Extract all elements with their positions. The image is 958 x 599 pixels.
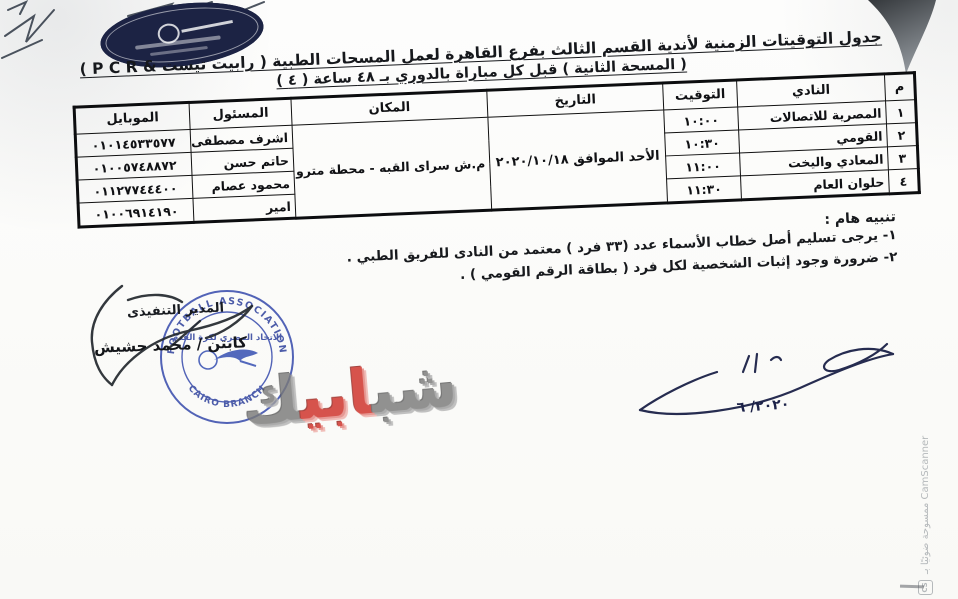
row-time: ١٠:٣٠: [665, 130, 740, 156]
row-time: ١١:٣٠: [667, 176, 742, 203]
date-merged-cell: الأحد الموافق ٢٠٢٠/١٠/١٨: [488, 110, 668, 210]
row-num: ١: [886, 100, 917, 124]
schedule-table: م النادي التوقيت التاريخ المكان المسئول …: [73, 71, 921, 229]
row-club: حلوان العام: [740, 170, 889, 200]
watermark-part3: ك: [239, 361, 303, 439]
place-merged-cell: م.ش سراى القبه - محطة مترو الأنفاق: [292, 117, 492, 218]
site-watermark: شبابيك: [253, 330, 463, 467]
row-responsible: امير: [193, 194, 296, 222]
row-mobile: ٠١٠٠٦٩١٤١٩٠: [78, 198, 194, 227]
row-num: ٣: [887, 146, 918, 170]
scanned-document-page: { "title": { "line1": "جدول التوقيتات ال…: [0, 0, 958, 599]
row-num: ٢: [886, 123, 917, 147]
camscanner-watermark: CS ممسوحة ضوئيًا بـ CamScanner: [917, 405, 933, 595]
watermark-part2-red: ابي: [296, 355, 374, 434]
header-time: التوقيت: [663, 80, 738, 110]
row-time: ١٠:٠٠: [664, 107, 739, 133]
handwritten-date: ٢٠٢٠/ ٦: [736, 396, 790, 416]
row-num: ٤: [888, 169, 919, 194]
right-signature-ink: ٢٠٢٠/ ٦: [625, 330, 905, 430]
row-time: ١١:٠٠: [666, 153, 741, 179]
header-num: م: [884, 73, 915, 101]
camscanner-label: ممسوحة ضوئيًا بـ CamScanner: [920, 436, 931, 574]
header-responsible: المسئول: [189, 98, 292, 129]
watermark-part1: شب: [368, 347, 460, 427]
document-body: جدول التوقيتات الزمنية لأندية القسم الثا…: [43, 26, 928, 303]
page-edge-shadow: [900, 585, 924, 589]
